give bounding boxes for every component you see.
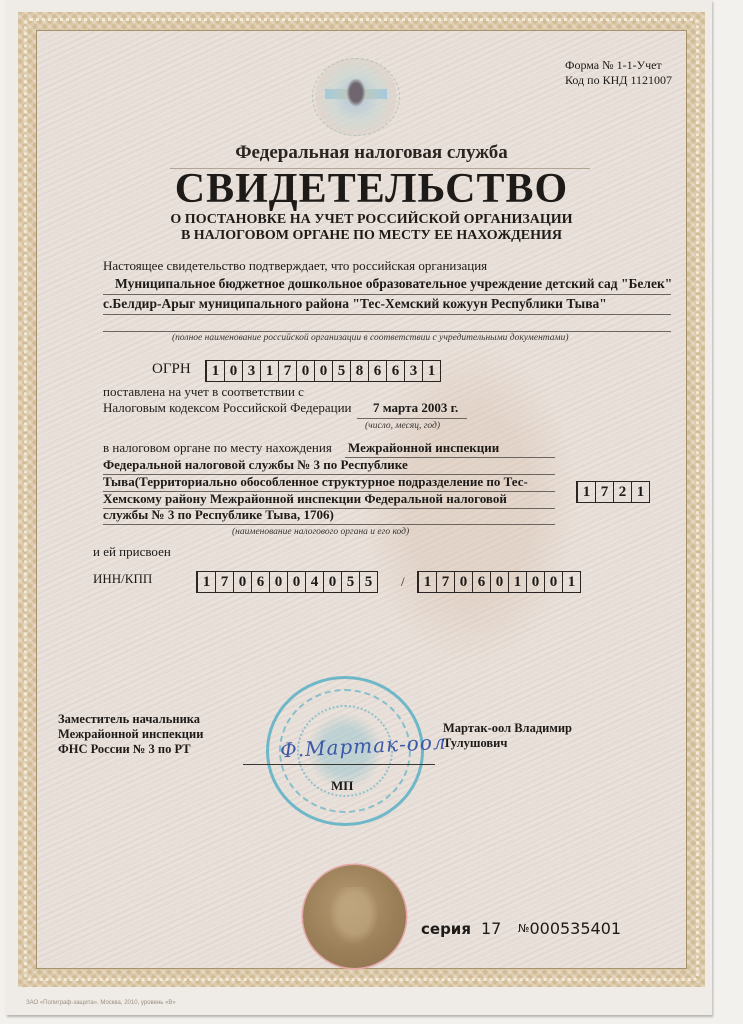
digit-box: 0 — [269, 572, 287, 592]
digit-box: 1 — [418, 572, 436, 592]
tax-authority-line-1: Межрайонной инспекции — [348, 440, 499, 456]
digit-box: 1 — [508, 572, 526, 592]
digit-box: 3 — [404, 361, 422, 381]
printer-note: ЗАО «Полиграф-защита», Москва, 2010, уро… — [26, 1000, 176, 1006]
assigned-intro: и ей присвоен — [93, 544, 171, 560]
digit-box: 0 — [526, 572, 544, 592]
digit-box: 2 — [613, 482, 631, 502]
inn-digit-boxes: 1706004055 — [196, 571, 378, 593]
signer-position-line-3: ФНС России № 3 по РТ — [58, 742, 203, 757]
digit-box: 6 — [386, 361, 404, 381]
digit-box: 0 — [490, 572, 508, 592]
digit-box: 0 — [544, 572, 562, 592]
organization-hint: (полное наименование российской организа… — [172, 333, 568, 343]
digit-box: 1 — [260, 361, 278, 381]
stamp-place-label: МП — [331, 778, 353, 794]
digit-box: 6 — [251, 572, 269, 592]
signer-name-line-1: Мартак-оол Владимир — [443, 721, 572, 736]
eagle-icon — [329, 887, 379, 945]
digit-box: 1 — [562, 572, 580, 592]
agency-name: Федеральная налоговая служба — [0, 142, 743, 164]
registration-line-1: поставлена на учет в соответствии с — [103, 384, 304, 400]
digit-box: 0 — [454, 572, 472, 592]
digit-box: 0 — [287, 572, 305, 592]
digit-box: 3 — [242, 361, 260, 381]
digit-box: 0 — [296, 361, 314, 381]
digit-box: 8 — [350, 361, 368, 381]
digit-box: 5 — [341, 572, 359, 592]
digit-box: 1 — [577, 482, 595, 502]
tax-authority-line-4: Хемскому району Межрайонной инспекции Фе… — [103, 491, 507, 507]
digit-box: 5 — [332, 361, 350, 381]
digit-box: 0 — [314, 361, 332, 381]
eagle-icon — [345, 79, 367, 109]
digit-box: 0 — [233, 572, 251, 592]
signer-position-line-1: Заместитель начальника — [58, 712, 203, 727]
series-label: серия — [421, 920, 471, 938]
inn-kpp-separator: / — [401, 574, 405, 590]
tax-authority-intro: в налоговом органе по месту нахождения — [103, 440, 332, 456]
digit-box: 0 — [224, 361, 242, 381]
digit-box: 7 — [595, 482, 613, 502]
signature-line — [243, 764, 435, 765]
registration-date: 7 марта 2003 г. — [373, 400, 458, 416]
digit-box: 7 — [215, 572, 233, 592]
tax-authority-line-5: службы № 3 по Республике Тыва, 1706) — [103, 507, 334, 523]
tax-authority-line-3: Тыва(Территориально обособленное структу… — [103, 474, 528, 490]
subtitle-line-2: В НАЛОГОВОМ ОРГАНЕ ПО МЕСТУ ЕЕ НАХОЖДЕНИ… — [0, 228, 743, 244]
signer-name-line-2: Тулушович — [443, 736, 572, 751]
signer-name: Мартак-оол Владимир Тулушович — [443, 721, 572, 751]
signer-position-line-2: Межрайонной инспекции — [58, 727, 203, 742]
digit-box: 7 — [278, 361, 296, 381]
digit-box: 1 — [206, 361, 224, 381]
tax-authority-code-boxes: 1721 — [576, 481, 650, 503]
digit-box: 0 — [323, 572, 341, 592]
number-sign: № — [518, 922, 529, 935]
form-header: Форма № 1-1-Учет Код по КНД 1121007 — [565, 58, 672, 88]
organization-name-line-1: Муниципальное бюджетное дошкольное образ… — [115, 276, 672, 292]
digit-box: 1 — [197, 572, 215, 592]
gold-seal-icon — [303, 865, 406, 968]
organization-name-line-2: с.Белдир-Арыг муниципального района "Тес… — [103, 296, 607, 312]
signer-position: Заместитель начальника Межрайонной инспе… — [58, 712, 203, 757]
underline — [103, 294, 671, 295]
knd-code: Код по КНД 1121007 — [565, 73, 672, 88]
kpp-digit-boxes: 170601001 — [417, 571, 581, 593]
serial-number-value: 000535401 — [529, 919, 621, 938]
document-title: СВИДЕТЕЛЬСТВО — [0, 166, 743, 212]
subtitle-line-1: О ПОСТАНОВКЕ НА УЧЕТ РОССИЙСКОЙ ОРГАНИЗА… — [0, 212, 743, 228]
serial-number: №000535401 — [518, 919, 621, 938]
digit-box: 6 — [472, 572, 490, 592]
ogrn-digit-boxes: 1031700586631 — [205, 360, 441, 382]
form-number: Форма № 1-1-Учет — [565, 58, 672, 73]
underline — [103, 314, 671, 315]
tax-authority-hint: (наименование налогового органа и его ко… — [232, 527, 409, 537]
ogrn-label: ОГРН — [152, 361, 191, 378]
series-value: 17 — [481, 919, 501, 938]
digit-box: 5 — [359, 572, 377, 592]
underline — [103, 331, 671, 332]
tax-authority-line-2: Федеральной налоговой службы № 3 по Респ… — [103, 457, 408, 473]
digit-box: 1 — [631, 482, 649, 502]
digit-box: 4 — [305, 572, 323, 592]
date-hint: (число, месяц, год) — [365, 421, 440, 431]
digit-box: 1 — [422, 361, 440, 381]
organization-intro: Настоящее свидетельство подтверждает, чт… — [103, 258, 487, 274]
digit-box: 6 — [368, 361, 386, 381]
hologram-emblem-icon — [312, 58, 400, 136]
underline — [103, 524, 555, 525]
inn-kpp-label: ИНН/КПП — [93, 571, 152, 587]
document-subtitle: О ПОСТАНОВКЕ НА УЧЕТ РОССИЙСКОЙ ОРГАНИЗА… — [0, 212, 743, 244]
registration-line-2: Налоговым кодексом Российской Федерации — [103, 400, 352, 416]
digit-box: 7 — [436, 572, 454, 592]
underline — [357, 418, 467, 419]
